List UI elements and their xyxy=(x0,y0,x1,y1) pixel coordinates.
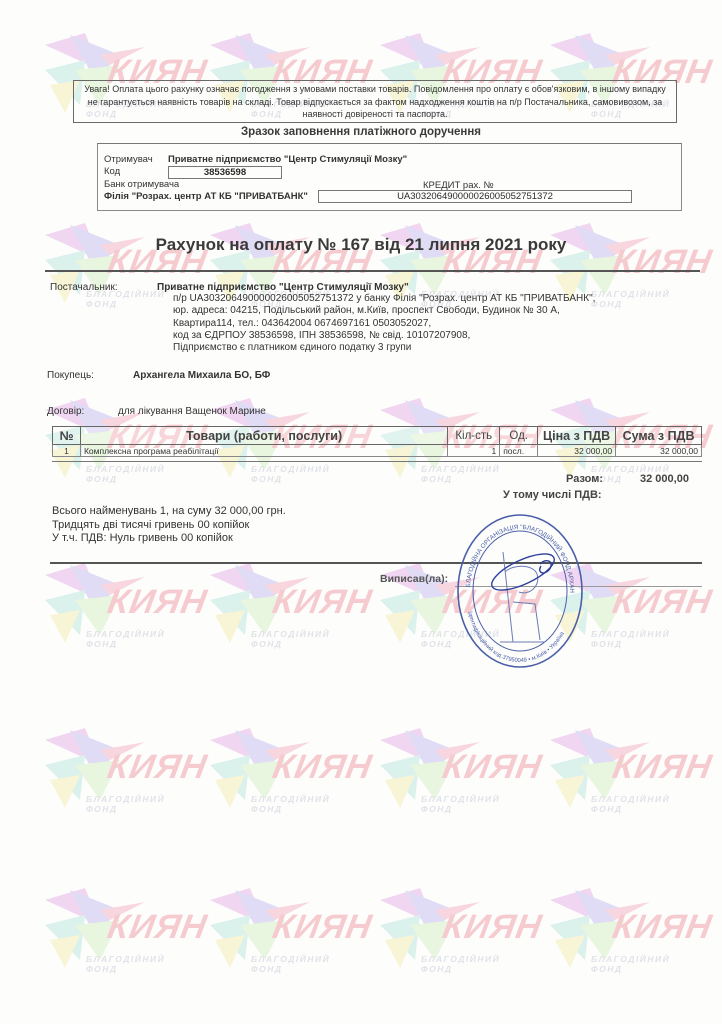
svg-text:БЛАГОДІЙНА ОРГАНІЗАЦІЯ "БЛАГОД: БЛАГОДІЙНА ОРГАНІЗАЦІЯ "БЛАГОДІЙНИЙ ФОНД… xyxy=(455,512,575,593)
recipient-label: Отримувач xyxy=(104,154,153,165)
supplier-tax-status: Підприємство є платником єдиного податку… xyxy=(173,342,595,354)
row-price: 32 000,00 xyxy=(538,445,616,457)
contract-value: для лікування Ващенок Марине xyxy=(118,406,266,417)
bank-label: Банк отримувача xyxy=(104,179,179,190)
row-name: Комплексна програма реабілітації xyxy=(80,445,447,457)
summary-vat-words: У т.ч. ПДВ: Нуль гривень 00 копійок xyxy=(52,532,286,546)
title-divider xyxy=(45,270,700,272)
col-price: Ціна з ПДВ xyxy=(538,427,616,445)
table-bottom-divider xyxy=(52,461,702,462)
payment-sample-box: Отримувач Приватне підприємство "Центр С… xyxy=(97,143,682,211)
supplier-name: Приватне підприємство "Центр Стимуляції … xyxy=(157,282,409,293)
table-header-row: № Товари (работи, послуги) Кіл-сть Од. Ц… xyxy=(53,427,702,445)
buyer-value: Архангела Михаила БО, БФ xyxy=(133,370,270,381)
row-sum: 32 000,00 xyxy=(616,445,702,457)
col-sum: Сума з ПДВ xyxy=(616,427,702,445)
vat-label: У тому числі ПДВ: xyxy=(503,489,602,501)
supplier-codes: код за ЄДРПОУ 38536598, ІПН 38536598, № … xyxy=(173,330,595,342)
contract-label: Договір: xyxy=(47,406,84,417)
supplier-account: п/р UA303206490000026005052751372 у банк… xyxy=(173,293,595,305)
row-qty: 1 xyxy=(448,445,500,457)
warning-notice: Увага! Оплата цього рахунку означає пого… xyxy=(73,80,677,123)
items-table: № Товари (работи, послуги) Кіл-сть Од. Ц… xyxy=(52,426,702,457)
recipient-value: Приватне підприємство "Центр Стимуляції … xyxy=(168,154,407,165)
col-goods: Товари (работи, послуги) xyxy=(80,427,447,445)
code-field: 38536598 xyxy=(168,166,282,179)
row-unit: посл. xyxy=(500,445,538,457)
supplier-label: Постачальник: xyxy=(50,282,118,293)
code-label: Код xyxy=(104,166,120,177)
table-row: 1 Комплексна програма реабілітації 1 пос… xyxy=(53,445,702,457)
col-no: № xyxy=(53,427,81,445)
col-unit: Од. xyxy=(500,427,538,445)
payment-sample-title: Зразок заповнення платіжного доручення xyxy=(0,126,722,138)
supplier-address: юр. адреса: 04215, Подільський район, м.… xyxy=(173,305,595,317)
credit-account-field: UA303206490000026005052751372 xyxy=(318,190,632,203)
total-value: 32 000,00 xyxy=(640,473,689,485)
official-stamp-icon: БЛАГОДІЙНА ОРГАНІЗАЦІЯ "БЛАГОДІЙНИЙ ФОНД… xyxy=(455,512,585,670)
issued-by-label: Виписав(ла): xyxy=(380,573,448,585)
summary-amount-words: Тридцять дві тисячі гривень 00 копійок xyxy=(52,519,286,533)
bank-value: Філія "Розрах. центр АТ КБ "ПРИВАТБАНК" xyxy=(104,191,308,202)
summary: Всього найменувань 1, на суму 32 000,00 … xyxy=(52,505,286,546)
supplier-details: п/р UA303206490000026005052751372 у банк… xyxy=(173,293,595,354)
invoice-title: Рахунок на оплату № 167 від 21 липня 202… xyxy=(0,235,722,255)
row-no: 1 xyxy=(53,445,81,457)
supplier-phone: Квартира114, тел.: 043642004 0674697161 … xyxy=(173,318,595,330)
total-label: Разом: xyxy=(566,473,603,485)
summary-divider xyxy=(50,562,702,564)
col-qty: Кіл-сть xyxy=(448,427,500,445)
buyer-label: Покупець: xyxy=(47,370,94,381)
summary-count: Всього найменувань 1, на суму 32 000,00 … xyxy=(52,505,286,519)
invoice-document: Увага! Оплата цього рахунку означає пого… xyxy=(0,0,722,1024)
